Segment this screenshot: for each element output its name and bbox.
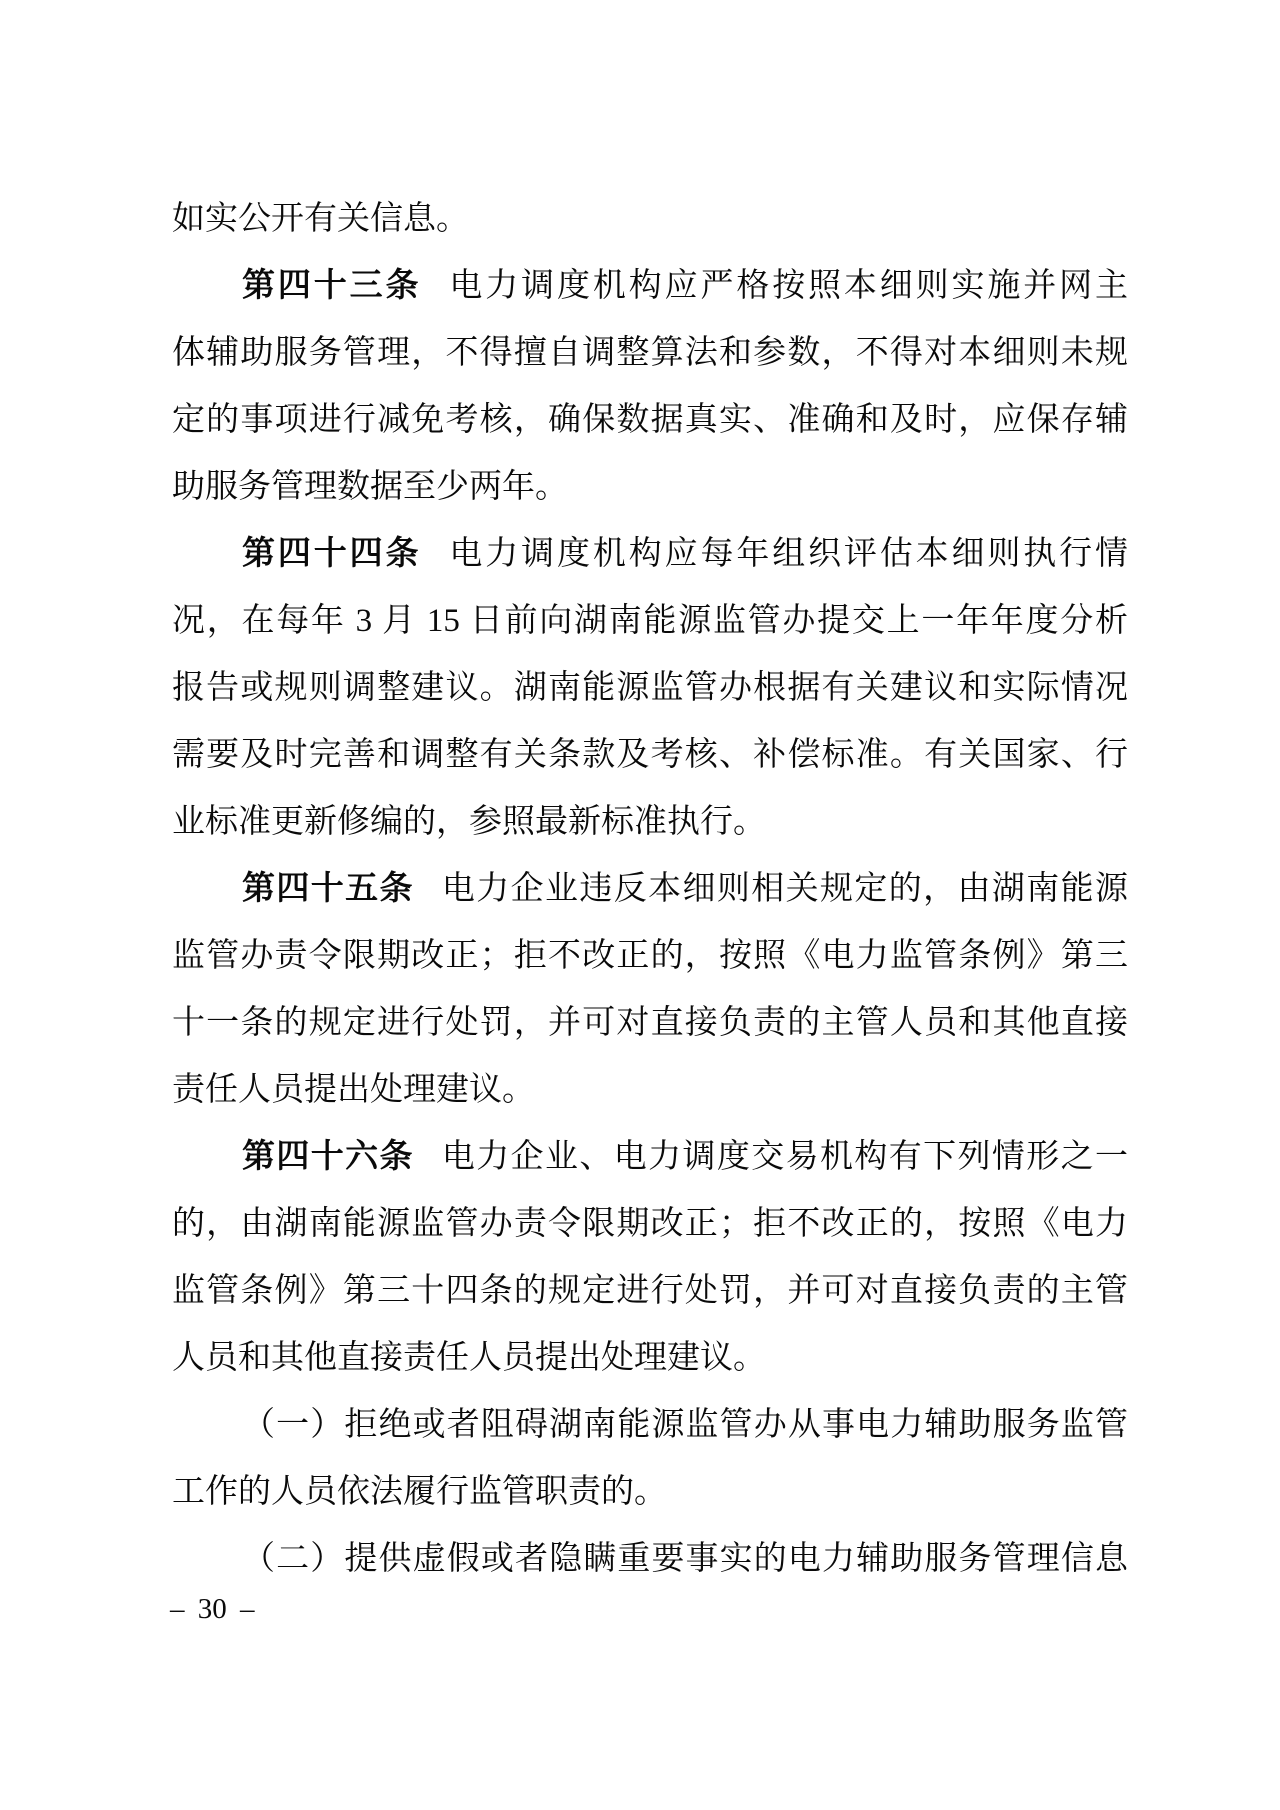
body-line: 责任人员提出处理建议。 <box>172 1057 1128 1124</box>
body-line: 工作的人员依法履行监管职责的。 <box>172 1459 1128 1526</box>
body-line: 十一条的规定进行处罚，并可对直接负责的主管人员和其他直接 <box>172 990 1128 1057</box>
article-44-text: 电力调度机构应每年组织评估本细则执行情 <box>449 536 1128 572</box>
page-number: – 30 – <box>170 1593 255 1625</box>
body-line: 需要及时完善和调整有关条款及考核、补偿标准。有关国家、行 <box>172 722 1128 789</box>
item-2-line: （二）提供虚假或者隐瞒重要事实的电力辅助服务管理信息 <box>172 1526 1128 1593</box>
body-line: 况，在每年 3 月 15 日前向湖南能源监管办提交上一年年度分析 <box>172 588 1128 655</box>
page-footer: – 30 – <box>170 1591 255 1627</box>
article-43-text: 电力调度机构应严格按照本细则实施并网主 <box>449 268 1128 304</box>
body-line: 报告或规则调整建议。湖南能源监管办根据有关建议和实际情况 <box>172 655 1128 722</box>
body-line: 的，由湖南能源监管办责令限期改正；拒不改正的，按照《电力 <box>172 1191 1128 1258</box>
item-1-line: （一）拒绝或者阻碍湖南能源监管办从事电力辅助服务监管 <box>172 1392 1128 1459</box>
body-line: 业标准更新修编的，参照最新标准执行。 <box>172 789 1128 856</box>
body-line: 定的事项进行减免考核，确保数据真实、准确和及时，应保存辅 <box>172 387 1128 454</box>
body-line: 监管办责令限期改正；拒不改正的，按照《电力监管条例》第三 <box>172 923 1128 990</box>
document-page: 如实公开有关信息。 第四十三条电力调度机构应严格按照本细则实施并网主 体辅助服务… <box>0 0 1280 1810</box>
body-line: 如实公开有关信息。 <box>172 186 1128 253</box>
article-46-text: 电力企业、电力调度交易机构有下列情形之一 <box>442 1139 1128 1175</box>
body-line: 助服务管理数据至少两年。 <box>172 454 1128 521</box>
article-45-heading-line: 第四十五条电力企业违反本细则相关规定的，由湖南能源 <box>172 856 1128 923</box>
article-45-text: 电力企业违反本细则相关规定的，由湖南能源 <box>442 871 1128 907</box>
article-46-number: 第四十六条 <box>242 1139 414 1175</box>
article-44-number: 第四十四条 <box>242 536 421 572</box>
article-45-number: 第四十五条 <box>242 871 414 907</box>
body-line: 监管条例》第三十四条的规定进行处罚，并可对直接负责的主管 <box>172 1258 1128 1325</box>
article-46-heading-line: 第四十六条电力企业、电力调度交易机构有下列情形之一 <box>172 1124 1128 1191</box>
article-43-number: 第四十三条 <box>242 268 421 304</box>
article-44-heading-line: 第四十四条电力调度机构应每年组织评估本细则执行情 <box>172 521 1128 588</box>
body-line: 体辅助服务管理，不得擅自调整算法和参数，不得对本细则未规 <box>172 320 1128 387</box>
document-body: 如实公开有关信息。 第四十三条电力调度机构应严格按照本细则实施并网主 体辅助服务… <box>172 186 1128 1593</box>
body-line: 人员和其他直接责任人员提出处理建议。 <box>172 1325 1128 1392</box>
article-43-heading-line: 第四十三条电力调度机构应严格按照本细则实施并网主 <box>172 253 1128 320</box>
